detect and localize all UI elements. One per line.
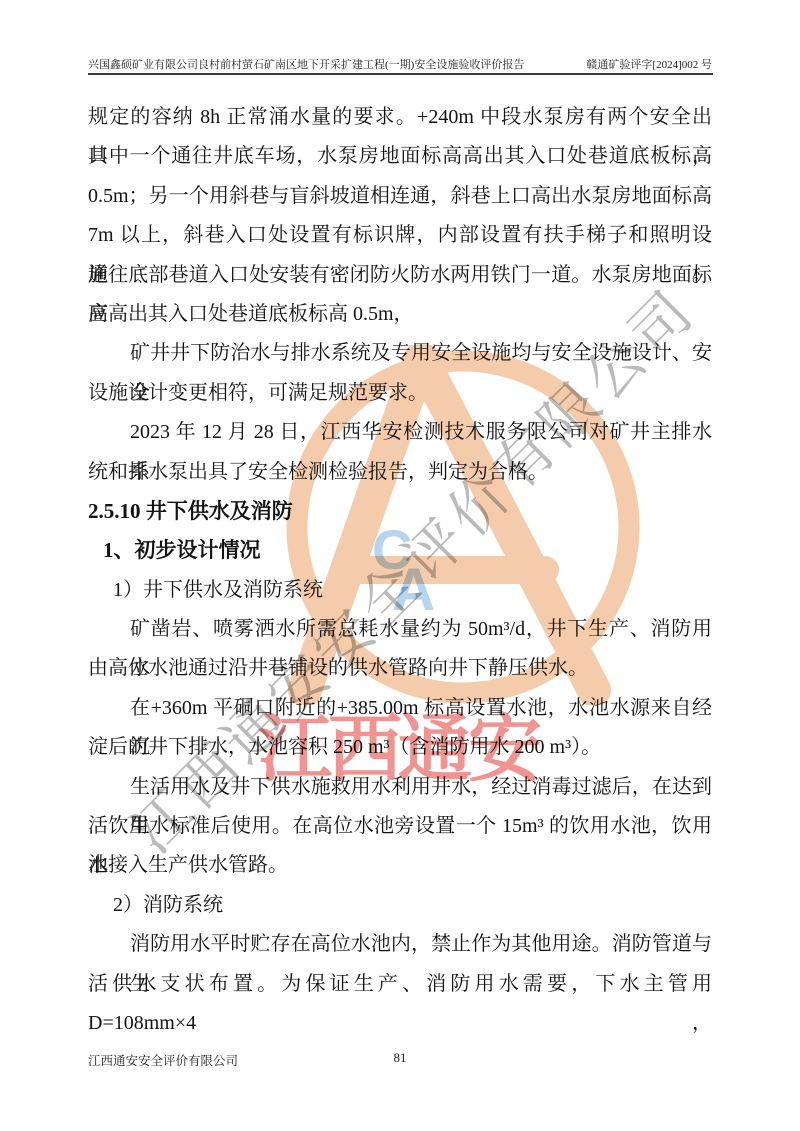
body-line: 矿井井下防治水与排水系统及专用安全设施均与安全设施设计、安全 (88, 334, 712, 373)
list-item-heading: 2）消防系统 (88, 886, 712, 925)
header-doc-number: 赣通矿验评字[2024]002 号 (586, 56, 712, 72)
body-line: 消防用水平时贮存在高位水池内，禁止作为其他用途。消防管道与生 (88, 925, 712, 964)
body-line: 生活用水及井下供水施救用水利用井水，经过消毒过滤后，在达到生 (88, 768, 712, 807)
header-rule (88, 73, 713, 75)
body-line: 由高位水池通过沿井巷铺设的供水管路向井下静压供水。 (88, 649, 712, 688)
sub-heading: 1、初步设计情况 (88, 531, 712, 570)
body-line: 活供水支状布置。为保证生产、消防用水需要，下水主管用 D=108mm×4， (88, 965, 712, 1004)
body-line: 规定的容纳 8h 正常涌水量的要求。+240m 中段水泵房有两个安全出口， (88, 98, 712, 137)
body-line: 应高出其入口处巷道底板标高 0.5m， (88, 295, 712, 334)
body-line: 矿凿岩、喷雾洒水所需总耗水量约为 50m³/d，井下生产、消防用水 (88, 610, 712, 649)
body-line: 在+360m 平硐口附近的+385.00m 标高设置水池，水池水源来自经沉 (88, 689, 712, 728)
body-line: 设施设计变更相符，可满足规范要求。 (88, 374, 712, 413)
body-line: 2023 年 12 月 28 日，江西华安检测技术服务限公司对矿井主排水系 (88, 413, 712, 452)
section-heading: 2.5.10 井下供水及消防 (88, 492, 712, 531)
list-item-heading: 1）井下供水及消防系统 (88, 571, 712, 610)
report-page: 兴国鑫硕矿业有限公司良村前村萤石矿南区地下开采扩建工程(一期)安全设施验收评价报… (0, 0, 800, 1131)
body-line: 池接入生产供水管路。 (88, 846, 712, 885)
body-line: 其中一个通往井底车场，水泵房地面标高高出其入口处巷道底板标高 (88, 137, 712, 176)
footer-page-number: 81 (0, 1050, 800, 1066)
document-body: 规定的容纳 8h 正常涌水量的要求。+240m 中段水泵房有两个安全出口， 其中… (88, 98, 712, 1004)
page-header: 兴国鑫硕矿业有限公司良村前村萤石矿南区地下开采扩建工程(一期)安全设施验收评价报… (88, 56, 712, 72)
body-line: 7m 以上，斜巷入口处设置有标识牌，内部设置有扶手梯子和照明设施。 (88, 216, 712, 255)
body-line: 活饮用水标准后使用。在高位水池旁设置一个 15m³ 的饮用水池，饮用水 (88, 807, 712, 846)
body-line: 淀后的井下排水，水池容积 250 m³（含消防用水 200 m³）。 (88, 728, 712, 767)
body-line: 统和排水泵出具了安全检测检验报告，判定为合格。 (88, 453, 712, 492)
header-report-title: 兴国鑫硕矿业有限公司良村前村萤石矿南区地下开采扩建工程(一期)安全设施验收评价报… (88, 56, 524, 72)
body-line: 0.5m；另一个用斜巷与盲斜坡道相连通，斜巷上口高出水泵房地面标高 (88, 177, 712, 216)
body-line: 通往底部巷道入口处安装有密闭防火防水两用铁门一道。水泵房地面标高 (88, 256, 712, 295)
